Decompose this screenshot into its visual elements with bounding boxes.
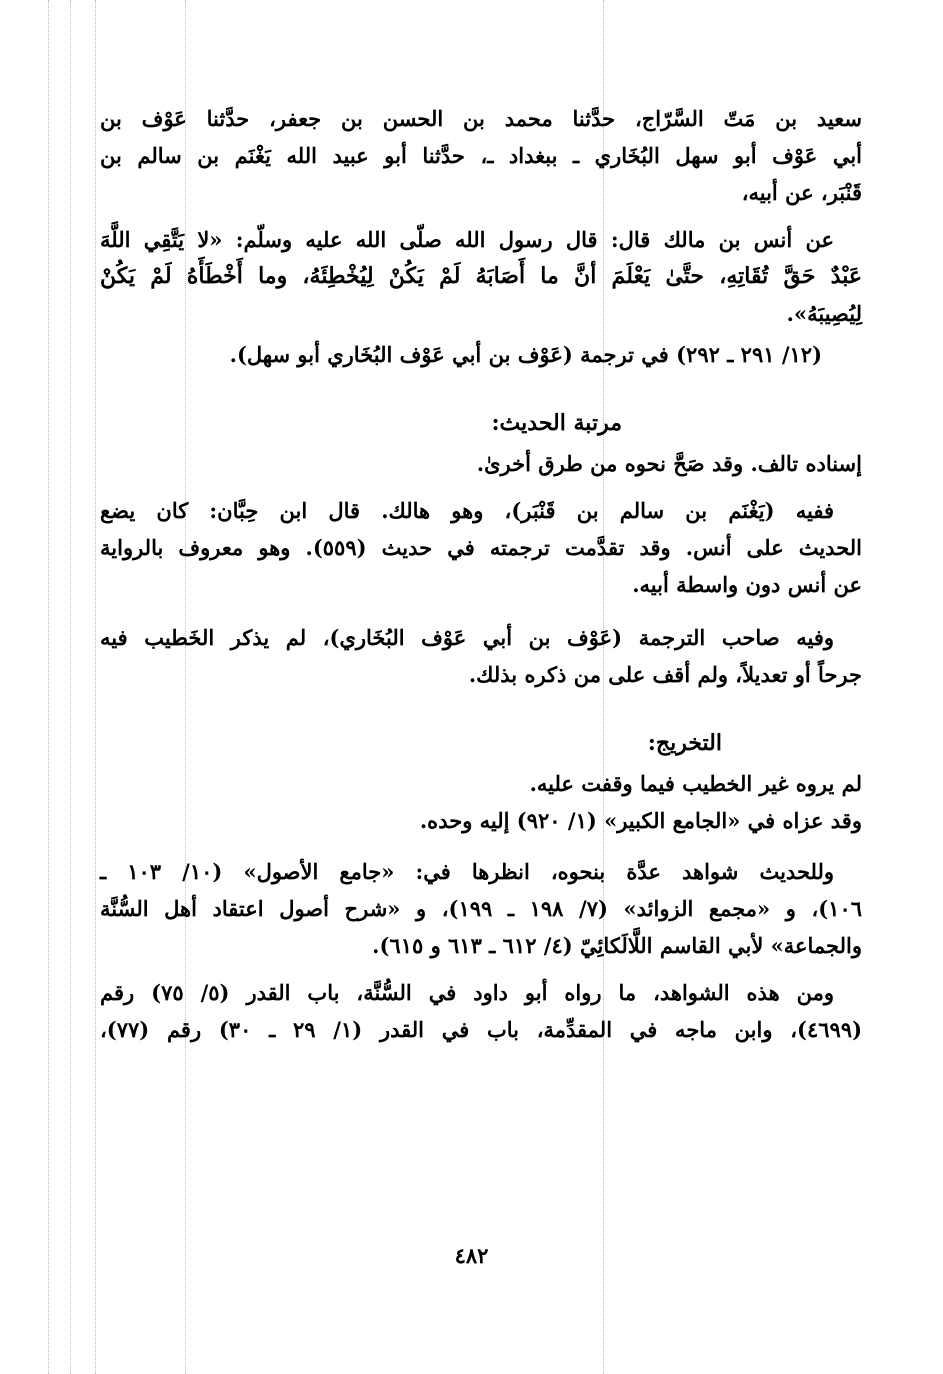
text-line: وللحديث شواهد عدَّة بنحوه، انظرها في: «ج… [100,853,862,890]
text-line: لم يروه غير الخطيب فيما وقفت عليه. [100,765,862,802]
text-line: لِيُصِيبَهُ». [100,295,862,332]
takhrij-paragraph: وللحديث شواهد عدَّة بنحوه، انظرها في: «ج… [100,853,862,964]
text-line: ففيه (يَغْنَم بن سالم بن قَنْبَر)، وهو ه… [100,492,862,529]
scan-artifact-line [70,0,71,1374]
text-line: عَبْدٌ حَقَّ تُقَاتِهِ، حتَّىٰ يَعْلَمَ … [100,258,862,295]
takhrij-paragraph: ومن هذه الشواهد، ما رواه أبو داود في الس… [100,974,862,1048]
reference-line: (١٢/ ٢٩١ ـ ٢٩٢) في ترجمة (عَوْف بن أبي ع… [100,336,862,373]
section-heading: مرتبة الحديث: [100,401,862,445]
text-line: الحديث على أنس. وقد تقدَّمت ترجمته في حد… [100,529,862,566]
grade-paragraph: وفيه صاحب الترجمة (عَوْف بن أبي عَوْف ال… [100,619,862,693]
text-line: والجماعة» لأبي القاسم اللَّالَكائِيّ (٤/… [100,927,862,964]
section-heading: التخريج: [100,721,862,765]
text-line: وقد عزاه في «الجامع الكبير» (١/ ٩٢٠) إلي… [100,802,862,839]
hadith-paragraph: عن أنس بن مالك قال: قال رسول الله صلّى ا… [100,221,862,332]
section-grade: مرتبة الحديث: إسناده تالف. وقد صَحَّ نحو… [100,401,862,693]
text-line: ١٠٦)، و «مجمع الزوائد» (٧/ ١٩٨ ـ ١٩٩)، و… [100,890,862,927]
text-line: قَنْبَر، عن أبيه، [100,174,862,211]
text-line: جرحاً أو تعديلاً، ولم أقف على من ذكره بذ… [100,656,862,693]
section-takhrij: التخريج: لم يروه غير الخطيب فيما وقفت عل… [100,721,862,1048]
text-line: عن أنس دون واسطة أبيه. [100,566,862,603]
scan-artifact-line [95,0,96,1374]
text-line: وفيه صاحب الترجمة (عَوْف بن أبي عَوْف ال… [100,619,862,656]
text-line: عن أنس بن مالك قال: قال رسول الله صلّى ا… [100,221,862,258]
book-page: سعيد بن مَتّ السَّرّاج، حدَّثنا محمد بن … [100,100,862,1048]
page-number: ٤٨٢ [0,1243,943,1268]
text-line: سعيد بن مَتّ السَّرّاج، حدَّثنا محمد بن … [100,100,862,137]
text-line: أبي عَوْف أبو سهل البُخَاري ـ ببغداد ـ، … [100,137,862,174]
isnad-paragraph: سعيد بن مَتّ السَّرّاج، حدَّثنا محمد بن … [100,100,862,211]
text-line: ومن هذه الشواهد، ما رواه أبو داود في الس… [100,974,862,1011]
grade-verdict: إسناده تالف. وقد صَحَّ نحوه من طرق أخرىٰ… [100,445,862,482]
text-line: (٤٦٩٩)، وابن ماجه في المقدِّمة، باب في ا… [100,1011,862,1048]
scan-artifact-line [48,0,49,1374]
grade-paragraph: ففيه (يَغْنَم بن سالم بن قَنْبَر)، وهو ه… [100,492,862,603]
